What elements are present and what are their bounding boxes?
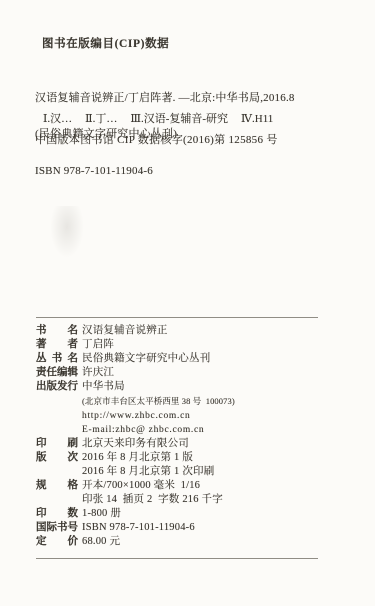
colophon-label-char: 格 [68, 479, 79, 493]
colophon-label-char: 责 [36, 366, 47, 380]
colophon-value: 汉语复辅音说辨正 [82, 324, 168, 338]
colophon-row: 责任编辑许庆江 [36, 366, 318, 380]
colophon-label-char: 名 [68, 352, 79, 366]
colophon-row: 书名汉语复辅音说辨正 [36, 324, 318, 338]
colophon-label [36, 493, 78, 507]
colophon-label-char: 数 [68, 507, 79, 521]
colophon-value: 开本/700×1000 毫米 1/16 [82, 479, 200, 493]
colophon-label-char: 辑 [68, 366, 79, 380]
colophon-label-char: 丛 [36, 352, 47, 366]
colophon-row: 2016 年 8 月北京第 1 次印刷 [36, 465, 318, 479]
cip-heading: 图书在版编目(CIP)数据 [42, 38, 169, 50]
cip-record-number: 中国版本图书馆 CIP 数据核字(2016)第 125856 号 [35, 134, 278, 147]
colophon-label [36, 394, 78, 408]
colophon-value: 丁启阵 [82, 338, 114, 352]
colophon-row: 出版发行中华书局 [36, 380, 318, 394]
colophon-label-char: 编 [57, 366, 68, 380]
colophon-value: 1-800 册 [82, 507, 121, 521]
colophon-label-char: 行 [68, 380, 79, 394]
colophon-value: 2016 年 8 月北京第 1 次印刷 [82, 465, 214, 479]
colophon-value: (北京市丰台区太平桥西里 38 号 100073) [82, 394, 235, 408]
colophon-row: 印刷北京天来印务有限公司 [36, 437, 318, 451]
colophon-value: 民俗典籍文字研究中心丛刊 [82, 352, 210, 366]
cip-classification-item: Ⅰ.汉… [43, 113, 72, 126]
colophon-row: 版次2016 年 8 月北京第 1 版 [36, 451, 318, 465]
colophon-row: http://www.zhbc.com.cn [36, 409, 318, 423]
colophon-label-char: 价 [68, 535, 79, 549]
colophon-value: 北京天来印务有限公司 [82, 437, 189, 451]
colophon-label [36, 409, 78, 423]
cip-isbn-line: ISBN 978-7-101-11904-6 [35, 165, 295, 177]
colophon-value: E-mail:zhbc@ zhbc.com.cn [82, 423, 204, 437]
colophon-row: 定价68.00 元 [36, 535, 318, 549]
cip-classification: Ⅰ.汉…Ⅱ.丁…Ⅲ.汉语-复辅音-研究Ⅳ.H11 [43, 113, 273, 126]
colophon-section: 书名汉语复辅音说辨正著者丁启阵丛书名民俗典籍文字研究中心丛刊责任编辑许庆江出版发… [36, 317, 318, 559]
scan-smudge [50, 206, 84, 258]
colophon-label-char: 刷 [68, 437, 79, 451]
book-copyright-page: 图书在版编目(CIP)数据 汉语复辅音说辨正/丁启阵著. —北京:中华书局,20… [0, 0, 375, 606]
colophon-label-char: 定 [36, 535, 47, 549]
colophon-label: 丛书名 [36, 352, 78, 366]
colophon-label-char: 著 [36, 338, 47, 352]
colophon-value: http://www.zhbc.com.cn [82, 409, 190, 423]
colophon-label-char: 任 [47, 366, 58, 380]
colophon-value: 2016 年 8 月北京第 1 版 [82, 451, 193, 465]
colophon-value: ISBN 978-7-101-11904-6 [82, 521, 195, 535]
colophon-label-char: 名 [68, 324, 79, 338]
colophon-row: 著者丁启阵 [36, 338, 318, 352]
colophon-label-char: 版 [47, 380, 58, 394]
colophon-label-char: 际 [47, 521, 58, 535]
colophon-label-char: 次 [68, 451, 79, 465]
colophon-row: 印数1-800 册 [36, 507, 318, 521]
colophon-label [36, 465, 78, 479]
colophon-value: 68.00 元 [82, 535, 120, 549]
cip-classification-item: Ⅳ.H11 [241, 113, 273, 126]
cip-classification-item: Ⅱ.丁… [85, 113, 117, 126]
colophon-row: 丛书名民俗典籍文字研究中心丛刊 [36, 352, 318, 366]
colophon-label: 版次 [36, 451, 78, 465]
colophon-row: E-mail:zhbc@ zhbc.com.cn [36, 423, 318, 437]
colophon-rows: 书名汉语复辅音说辨正著者丁启阵丛书名民俗典籍文字研究中心丛刊责任编辑许庆江出版发… [36, 324, 318, 550]
colophon-label-char: 书 [57, 521, 68, 535]
colophon-value: 印张 14 插页 2 字数 216 千字 [82, 493, 223, 507]
colophon-label-char: 发 [57, 380, 68, 394]
colophon-label: 责任编辑 [36, 366, 78, 380]
colophon-label-char: 书 [36, 324, 47, 338]
colophon-label-char: 号 [68, 521, 79, 535]
colophon-label-char: 出 [36, 380, 47, 394]
colophon-row: 规格开本/700×1000 毫米 1/16 [36, 479, 318, 493]
colophon-label: 书名 [36, 324, 78, 338]
cip-classification-item: Ⅲ.汉语-复辅音-研究 [130, 113, 228, 126]
colophon-value: 中华书局 [82, 380, 125, 394]
colophon-label-char: 者 [68, 338, 79, 352]
colophon-row: 印张 14 插页 2 字数 216 千字 [36, 493, 318, 507]
colophon-value: 许庆江 [82, 366, 114, 380]
colophon-label-char: 规 [36, 479, 47, 493]
colophon-label-char: 国 [36, 521, 47, 535]
colophon-label: 印刷 [36, 437, 78, 451]
colophon-label: 规格 [36, 479, 78, 493]
colophon-label: 国际书号 [36, 521, 78, 535]
colophon-row: 国际书号ISBN 978-7-101-11904-6 [36, 521, 318, 535]
colophon-label [36, 423, 78, 437]
colophon-row: (北京市丰台区太平桥西里 38 号 100073) [36, 394, 318, 408]
colophon-label: 定价 [36, 535, 78, 549]
colophon-label: 出版发行 [36, 380, 78, 394]
colophon-label-char: 印 [36, 437, 47, 451]
colophon-label: 印数 [36, 507, 78, 521]
colophon-label: 著者 [36, 338, 78, 352]
cip-description-line: 汉语复辅音说辨正/丁启阵著. —北京:中华书局,2016.8 [35, 92, 295, 104]
colophon-label-char: 印 [36, 507, 47, 521]
colophon-label-char: 书 [52, 352, 63, 366]
colophon-label-char: 版 [36, 451, 47, 465]
